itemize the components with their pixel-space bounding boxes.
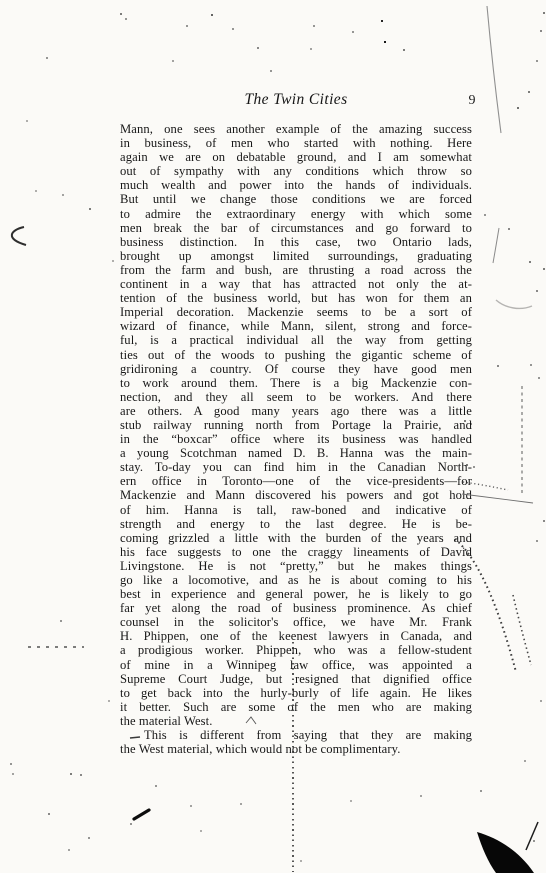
text-line: the West material, which would not be co…	[120, 742, 472, 756]
fold-crease-top	[487, 6, 501, 133]
fold-crease-mid	[493, 228, 499, 263]
text-line: business distinction. In this case, two …	[120, 235, 472, 249]
text-line: Mackenzie and Mann discovered his powers…	[120, 488, 472, 502]
text-line: continent in a way that has attracted no…	[120, 277, 472, 291]
text-line: the material West.	[120, 714, 472, 728]
text-line: best in experience and general power, he…	[120, 587, 472, 601]
text-line: of mine in a Winnipeg law office, was ap…	[120, 658, 472, 672]
text-line: to admire the extraordinary energy with …	[120, 207, 472, 221]
text-line: H. Phippen, one of the keenest lawyers i…	[120, 629, 472, 643]
text-line: to work around them. There is a big Mack…	[120, 376, 472, 390]
left-margin-hook-mark	[12, 227, 26, 245]
scanned-book-page: The Twin Cities 9 Mann, one sees another…	[0, 0, 546, 873]
text-line: ful, is a practical individual all the w…	[120, 333, 472, 347]
text-line: ties out of the woods to pushing the gig…	[120, 348, 472, 362]
text-line: brought up amongst limited surroundings,…	[120, 249, 472, 263]
text-line: out of sympathy with any conditions whic…	[120, 164, 472, 178]
text-line: But until we change those conditions we …	[120, 192, 472, 206]
text-line: ern office in Toronto—one of the vice-pr…	[120, 474, 472, 488]
text-line: tention of the business world, but has w…	[120, 291, 472, 305]
text-line: in the “boxcar” office where its busines…	[120, 432, 472, 446]
running-head-title: The Twin Cities	[120, 91, 472, 109]
text-line: coming grizzled a little with the burden…	[120, 531, 472, 545]
scan-speckles	[0, 0, 2, 2]
text-line: nection, and they all seem to be workers…	[120, 390, 472, 404]
page-number: 9	[462, 93, 482, 109]
page-body: Mann, one sees another example of the am…	[120, 122, 472, 756]
text-line: stay. To-day you can find him in the Can…	[120, 460, 472, 474]
text-line: his face suggests to one the craggy line…	[120, 545, 472, 559]
text-line: Supreme Court Judge, but resigned that d…	[120, 672, 472, 686]
text-line: a prodigious worker. Phippen, who was a …	[120, 643, 472, 657]
text-line: again we are on debatable ground, and I …	[120, 150, 472, 164]
text-line: This is different from saying that they …	[120, 728, 472, 742]
wedge-scratch-line	[526, 822, 538, 850]
text-line: much wealth and power into the hands of …	[120, 178, 472, 192]
text-line: Livingstone. He is not “pretty,” but he …	[120, 559, 472, 573]
text-line: men break the bar of circumstances and g…	[120, 221, 472, 235]
text-line: far yet along the road of business promi…	[120, 601, 472, 615]
text-line: counsel in the solicitor's office, we ha…	[120, 615, 472, 629]
stray-pen-line	[462, 494, 533, 503]
text-line: gridironing a country. Of course they ha…	[120, 362, 472, 376]
smudge-curve	[496, 300, 532, 308]
text-line: Imperial decoration. Mackenzie seems to …	[120, 305, 472, 319]
text-line: Mann, one sees another example of the am…	[120, 122, 472, 136]
text-line: wizard of finance, while Mann, silent, s…	[120, 319, 472, 333]
margin-dash-marks	[28, 646, 84, 648]
text-line: go like a locomotive, and as he is about…	[120, 573, 472, 587]
text-line: it better. Such are some of the men who …	[120, 700, 472, 714]
text-line: stub railway running north from Portage …	[120, 418, 472, 432]
hatch-curve-2	[513, 595, 531, 665]
text-line: from the farm and bush, are thrusting a …	[120, 263, 472, 277]
text-line: in business, of men who started with not…	[120, 136, 472, 150]
bold-slash-mark	[134, 810, 149, 819]
page-corner-shadow-wedge	[477, 832, 534, 873]
text-line: strength and energy to the last degree. …	[120, 517, 472, 531]
text-line: of him. Hanna is tall, raw-boned and ind…	[120, 503, 472, 517]
text-line: are others. A good many years ago there …	[120, 404, 472, 418]
text-line: to get back into the hurly-burly of life…	[120, 686, 472, 700]
text-line: a young Scotchman named D. B. Hanna was …	[120, 446, 472, 460]
